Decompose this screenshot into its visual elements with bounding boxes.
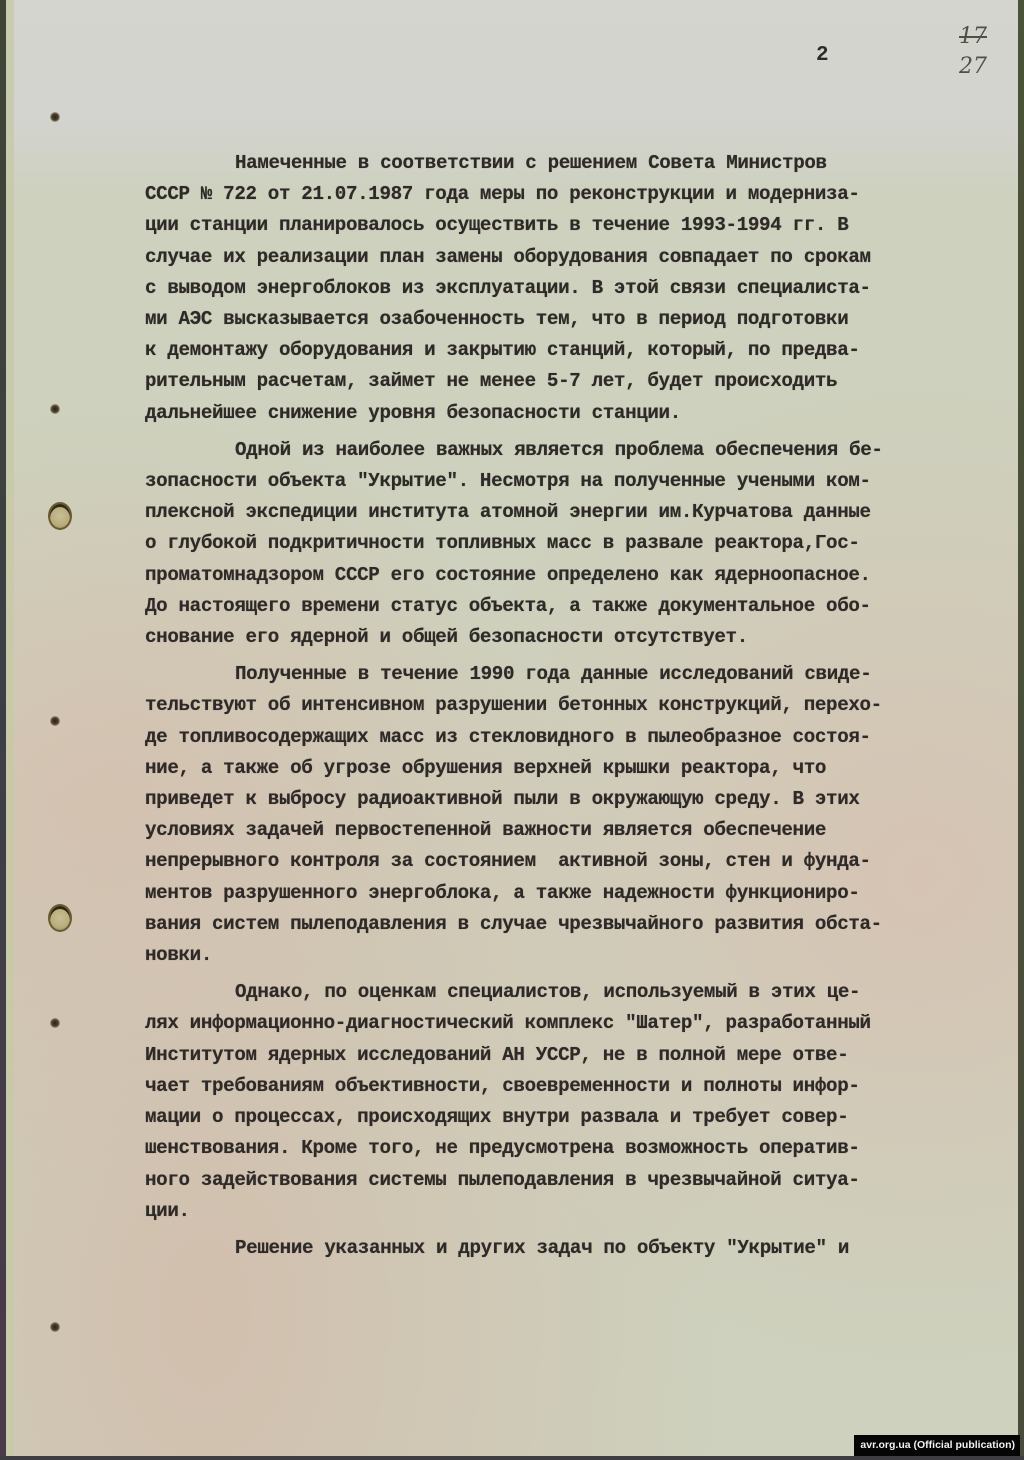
archive-mark-current: 27 [948,52,998,82]
text-line: приведет к выбросу радиоактивной пыли в … [145,784,995,815]
text-line: зопасности объекта "Укрытие". Несмотря н… [145,466,995,497]
text-line: тельствуют об интенсивном разрушении бет… [145,690,995,721]
document-body: Намеченные в соответствии с решением Сов… [145,148,995,1264]
text-line: Решение указанных и других задач по объе… [145,1233,995,1264]
text-line: вания систем пылеподавления в случае чре… [145,909,995,940]
punch-hole-icon [50,716,60,726]
binder-ring-icon [48,904,72,932]
text-line: дальнейшее снижение уровня безопасности … [145,398,995,429]
text-line: ного задействования системы пылеподавлен… [145,1165,995,1196]
text-line: Намеченные в соответствии с решением Сов… [145,148,995,179]
text-line: непрерывного контроля за состоянием акти… [145,846,995,877]
binder-ring-icon [48,502,72,530]
paragraph: Решение указанных и других задач по объе… [145,1233,995,1264]
text-line: к демонтажу оборудования и закрытию стан… [145,335,995,366]
text-line: ции. [145,1196,995,1227]
source-credit-badge: avr.org.ua (Official publication) [854,1435,1020,1456]
binder-edge-right [1018,0,1024,1460]
punch-hole-icon [50,404,60,414]
text-line: рительным расчетам, займет не менее 5-7 … [145,366,995,397]
page-number: 2 [816,44,829,67]
text-line: ми АЭС высказывается озабоченность тем, … [145,304,995,335]
scan-edge-bottom [0,1456,1024,1460]
paragraph: Намеченные в соответствии с решением Сов… [145,148,995,429]
text-line: Институтом ядерных исследований АН УССР,… [145,1040,995,1071]
paper-edge-left [6,0,14,1460]
text-line: с выводом энергоблоков из эксплуатации. … [145,273,995,304]
text-line: До настоящего времени статус объекта, а … [145,591,995,622]
text-line: плексной экспедиции института атомной эн… [145,497,995,528]
text-line: снование его ядерной и общей безопасност… [145,622,995,653]
text-line: мации о процессах, происходящих внутри р… [145,1102,995,1133]
text-line: чает требованиям объективности, своеврем… [145,1071,995,1102]
handwritten-archive-mark: 17 27 [948,22,998,82]
text-line: ние, а также об угрозе обрушения верхней… [145,753,995,784]
archive-mark-crossed: 17 [948,22,998,52]
paragraph: Однако, по оценкам специалистов, использ… [145,977,995,1227]
scanned-document-page: 2 17 27 Намеченные в соответствии с реше… [0,0,1024,1460]
text-line: новки. [145,940,995,971]
punch-hole-icon [50,1322,60,1332]
text-line: проматомнадзором СССР его состояние опре… [145,560,995,591]
text-line: шенствования. Кроме того, не предусмотре… [145,1133,995,1164]
text-line: ции станции планировалось осуществить в … [145,210,995,241]
text-line: ментов разрушенного энергоблока, а также… [145,878,995,909]
text-line: условиях задачей первостепенной важности… [145,815,995,846]
text-line: лях информационно-диагностический компле… [145,1008,995,1039]
text-line: о глубокой подкритичности топливных масс… [145,528,995,559]
punch-hole-icon [50,1018,60,1028]
text-line: Полученные в течение 1990 года данные ис… [145,659,995,690]
paragraph: Полученные в течение 1990 года данные ис… [145,659,995,971]
text-line: Одной из наиболее важных является пробле… [145,435,995,466]
text-line: Однако, по оценкам специалистов, использ… [145,977,995,1008]
text-line: де топливосодержащих масс из стекловидно… [145,722,995,753]
text-line: СССР № 722 от 21.07.1987 года меры по ре… [145,179,995,210]
text-line: случае их реализации план замены оборудо… [145,242,995,273]
paragraph: Одной из наиболее важных является пробле… [145,435,995,653]
punch-hole-icon [50,112,60,122]
